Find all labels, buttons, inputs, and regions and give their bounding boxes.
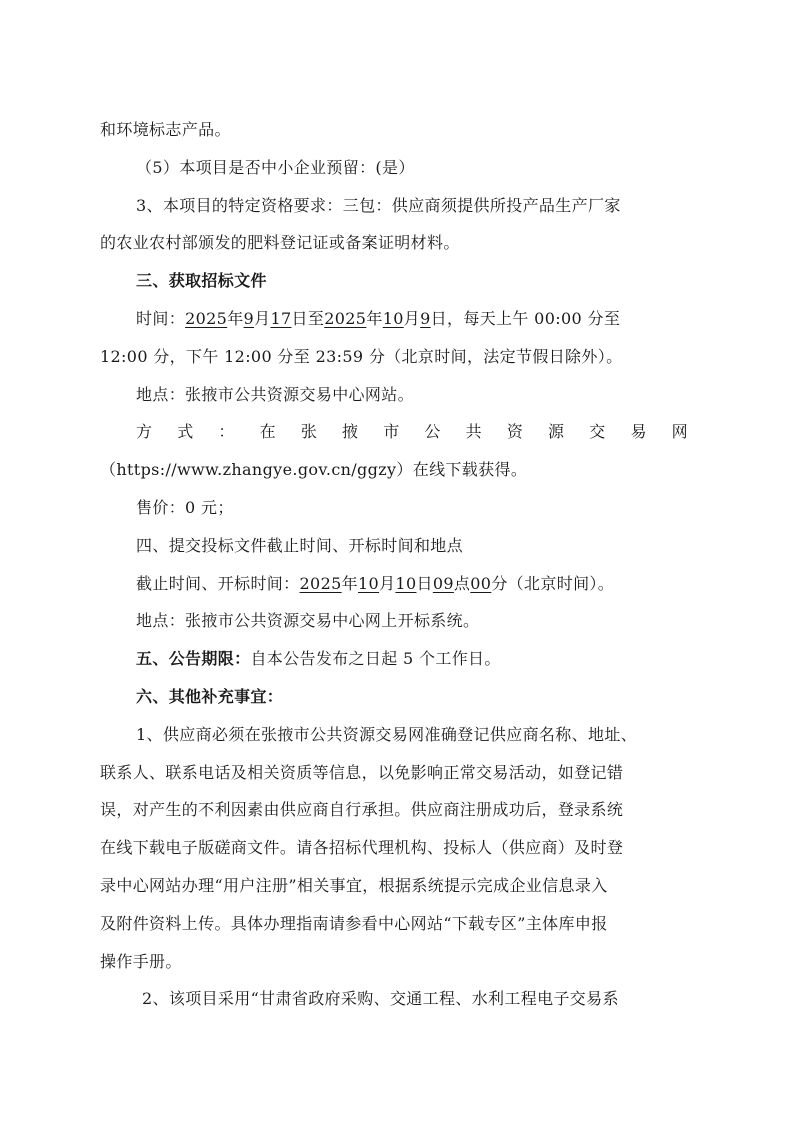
text-line: （5）本项目是否中小企业预留：(是） [100,149,688,187]
para1-line: 操作手册。 [100,943,688,981]
deadline-month: 10 [358,574,379,593]
obtain-time-line-2: 12:00 分，下午 12:00 分至 23:59 分（北京时间，法定节假日除外… [100,338,688,376]
deadline-minute: 00 [470,574,491,593]
document-page: 和环境标志产品。 （5）本项目是否中小企业预留：(是） 3、本项目的特定资格要求… [100,111,688,1018]
price-line: 售价：0 元； [100,489,688,527]
opening-location: 地点：张掖市公共资源交易中心网上开标系统。 [100,602,688,640]
para1-line: 及附件资料上传。具体办理指南请参看中心网站“下载专区”主体库申报 [100,905,688,943]
obtain-time-line: 时间：2025年9月17日至2025年10月9日，每天上午 00:00 分至 [100,300,688,338]
section-heading-other: 六、其他补充事宜： [100,678,688,716]
para2-line: 2、该项目采用“甘肃省政府采购、交通工程、水利工程电子交易系 [100,980,688,1018]
end-year: 2025 [324,309,366,328]
deadline-year: 2025 [300,574,342,593]
section-heading-period: 五、公告期限： [136,649,250,668]
end-month: 10 [383,309,404,328]
deadline-hour: 09 [433,574,454,593]
start-month: 9 [244,309,255,328]
end-day: 9 [420,309,431,328]
start-day: 17 [270,309,291,328]
section-heading-submission: 四、提交投标文件截止时间、开标时间和地点 [100,527,688,565]
text-line: 的农业农村部颁发的肥料登记证或备案证明材料。 [100,224,688,262]
para1-line: 录中心网站办理“用户注册”相关事宜，根据系统提示完成企业信息录入 [100,867,688,905]
obtain-method-line: 方 式 ： 在 张 掖 市 公 共 资 源 交 易 网 [100,413,688,451]
obtain-method-url-line: （https://www.zhangye.gov.cn/ggzy）在线下载获得。 [100,451,688,489]
deadline-line: 截止时间、开标时间：2025年10月10日09点00分（北京时间）。 [100,565,688,603]
announcement-period-line: 五、公告期限：自本公告发布之日起 5 个工作日。 [100,640,688,678]
start-year: 2025 [185,309,227,328]
para1-line: 在线下载电子版磋商文件。请各招标代理机构、投标人（供应商）及时登 [100,829,688,867]
para1-line: 误，对产生的不利因素由供应商自行承担。供应商注册成功后，登录系统 [100,791,688,829]
para1-line: 联系人、联系电话及相关资质等信息，以免影响正常交易活动，如登记错 [100,754,688,792]
deadline-day: 10 [395,574,416,593]
section-heading-obtain-documents: 三、获取招标文件 [100,262,688,300]
obtain-location: 地点：张掖市公共资源交易中心网站。 [100,376,688,414]
text-line: 3、本项目的特定资格要求：三包：供应商须提供所投产品生产厂家 [100,187,688,225]
para1-line: 1、供应商必须在张掖市公共资源交易网准确登记供应商名称、地址、 [100,716,688,754]
text-line: 和环境标志产品。 [100,111,688,149]
